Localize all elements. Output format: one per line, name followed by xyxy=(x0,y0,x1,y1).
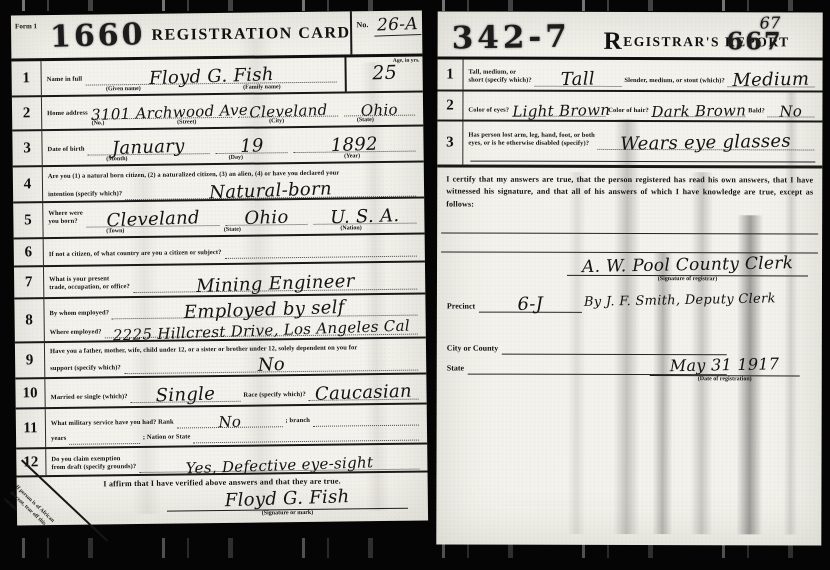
registration-card: Form 1 1660 REGISTRATION CARD No. 26-A 1… xyxy=(11,11,428,526)
dob-label: Date of birth xyxy=(47,146,84,157)
row-disability: 3 Has person lost arm, leg, hand, foot, … xyxy=(437,121,822,168)
address-state-value: Ohio xyxy=(344,100,415,120)
birthplace-nation-value: U. S. A. xyxy=(313,205,416,229)
row-eyes-hair: 2 Color of eyes? Light Brown Color of ha… xyxy=(437,91,822,122)
order-number-cell: No. 26-A xyxy=(350,11,422,55)
card-title: REGISTRATION CARD xyxy=(151,11,351,56)
disability-label: Has person lost arm, leg, hand, foot, or… xyxy=(468,131,595,150)
certification-text: I certify that my answers are true, that… xyxy=(437,167,822,215)
registration-card-header: Form 1 1660 REGISTRATION CARD No. 26-A xyxy=(11,11,423,62)
height-value: Tall xyxy=(535,68,622,91)
height-label: Tall, medium, orshort (specify which)? xyxy=(469,68,532,86)
deputy-signature: By J. F. Smith, Deputy Clerk xyxy=(583,292,775,311)
eye-color-label: Color of eyes? xyxy=(468,106,509,116)
row-number: 1 xyxy=(11,61,41,95)
row-home-address: 2 Home address 3101 Archwood Ave Clevela… xyxy=(12,93,423,132)
military-nation-label: ; Nation or State xyxy=(143,433,191,444)
row-number: 10 xyxy=(15,379,45,407)
registrars-report-card: 342-7 REGISTRAR'S REPORT 67 667 1 Tall, … xyxy=(436,11,822,545)
registration-date-block: May 31 1917 (Date of registration) xyxy=(650,355,800,382)
registrars-report-header: 342-7 REGISTRAR'S REPORT 67 667 xyxy=(438,11,823,60)
state-date-row: State May 31 1917 (Date of registration) xyxy=(437,355,822,392)
row-number: 1 xyxy=(437,59,463,89)
age-cell: Age, in yrs. 25 xyxy=(344,57,422,92)
row-number: 5 xyxy=(13,203,43,237)
row-number: 3 xyxy=(12,131,42,165)
bald-value: No xyxy=(768,102,815,121)
dob-month-value: January xyxy=(87,135,209,160)
marital-label: Married or single (which)? xyxy=(51,393,128,404)
row-number: 2 xyxy=(437,91,463,119)
row-dependents: 9 Have you a father, mother, wife, child… xyxy=(15,338,426,379)
deputy-precinct-row: By J. F. Smith, Deputy Clerk Precinct 6-… xyxy=(437,289,822,330)
registrant-signature: Floyd G. Fish xyxy=(225,486,350,511)
bald-label: Bald? xyxy=(748,107,765,117)
row-number: 4 xyxy=(13,167,43,201)
city-county-blank xyxy=(502,343,727,356)
order-stamp: 67 667 xyxy=(726,26,782,55)
home-address-label: Home address xyxy=(47,109,88,120)
eye-color-value: Light Brown xyxy=(512,101,606,121)
military-rank-value: No xyxy=(176,411,282,432)
birthplace-state-value: Ohio xyxy=(225,206,308,230)
row-number: 11 xyxy=(16,409,46,447)
row-number: 6 xyxy=(14,239,44,265)
registrar-signature-caption: (Signature of registrar) xyxy=(567,276,808,283)
row-number: 2 xyxy=(12,97,42,129)
registration-footer: I affirm that I have verified above answ… xyxy=(17,472,429,525)
blank-rule xyxy=(441,215,818,235)
hair-color-label: Color of hair? xyxy=(608,107,649,117)
military-branch-label: ; branch xyxy=(285,417,310,427)
registrant-signature-block: Floyd G. Fish (Signature or mark) xyxy=(167,487,408,518)
disability-value: Wears eye glasses xyxy=(598,130,815,155)
city-county-label: City or County xyxy=(447,344,498,355)
registrar-signature: A. W. Pool County Clerk xyxy=(582,253,794,277)
race-value: Caucasian xyxy=(308,380,418,405)
tear-corner-note: If person is of African descent, tear of… xyxy=(2,483,63,542)
row-birthplace: 5 Where wereyou born? Cleveland Ohio U. … xyxy=(13,198,424,239)
blank-rule xyxy=(441,234,818,254)
citizenship-label-2: intention (specify which)? xyxy=(48,190,122,201)
order-stamp-handwritten: 67 xyxy=(760,13,781,32)
registration-date-value: May 31 1917 xyxy=(670,354,780,375)
military-years-label: years xyxy=(51,435,66,445)
order-number-value: 26-A xyxy=(374,14,422,37)
precinct-label: Precinct xyxy=(447,302,475,313)
dob-year-value: 1892 xyxy=(294,132,416,157)
address-city-value: Cleveland xyxy=(238,100,339,121)
row-number: 7 xyxy=(14,267,44,297)
name-label: Name in full xyxy=(47,76,83,87)
row-employer: 8 By whom employed? Employed by self Whe… xyxy=(14,294,426,343)
birthplace-town-value: Cleveland xyxy=(86,207,220,232)
film-edge-artifact-top xyxy=(0,0,830,11)
order-number-label: No. xyxy=(356,20,368,29)
precinct-value: 6-J xyxy=(479,293,582,316)
alien-label: If not a citizen, of what country are yo… xyxy=(49,249,222,261)
dob-day-value: 19 xyxy=(215,134,289,157)
build-value: Medium xyxy=(728,69,815,92)
row-number: 3 xyxy=(437,121,463,164)
city-county-row: City or County xyxy=(437,329,737,356)
state-label: State xyxy=(447,364,464,375)
occupation-label: What is your presenttrade, occupation, o… xyxy=(49,275,130,294)
birthplace-label: Where wereyou born? xyxy=(48,209,83,228)
dependents-label-2: support (specify which)? xyxy=(50,364,121,375)
hair-color-value: Dark Brown xyxy=(652,101,746,121)
report-title: REGISTRAR'S REPORT xyxy=(571,12,823,58)
registration-date-caption: (Date of registration) xyxy=(650,376,800,382)
report-serial-stamp: 342-7 xyxy=(437,11,571,58)
build-label: Slender, medium, or stout (which)? xyxy=(624,77,725,87)
employed-by-label: By whom employed? xyxy=(49,309,109,320)
row-date-of-birth: 3 Date of birth January 19 1892 (Month) … xyxy=(12,126,423,167)
row-height-build: 1 Tall, medium, orshort (specify which)?… xyxy=(437,59,822,92)
marital-value: Single xyxy=(130,383,240,408)
row-military-service: 11 What military service have you had? R… xyxy=(16,404,427,449)
row-number: 9 xyxy=(15,343,45,377)
age-value: 25 xyxy=(346,61,423,86)
row-occupation: 7 What is your presenttrade, occupation,… xyxy=(14,262,425,299)
race-label: Race (specify which)? xyxy=(243,391,306,402)
where-employed-label: Where employed? xyxy=(50,328,102,339)
row-number: 8 xyxy=(14,299,45,341)
row-name: 1 Name in full Floyd G. Fish (Given name… xyxy=(11,57,422,98)
serial-stamp: 1660 xyxy=(44,13,152,59)
registrar-signature-row: A. W. Pool County Clerk (Signature of re… xyxy=(437,253,822,290)
row-citizenship: 4 Are you (1) a natural born citizen, (2… xyxy=(13,162,424,203)
exemption-label: Do you claim exemptionfrom draft (specif… xyxy=(51,455,136,474)
form-number-label: Form 1 xyxy=(11,15,45,58)
